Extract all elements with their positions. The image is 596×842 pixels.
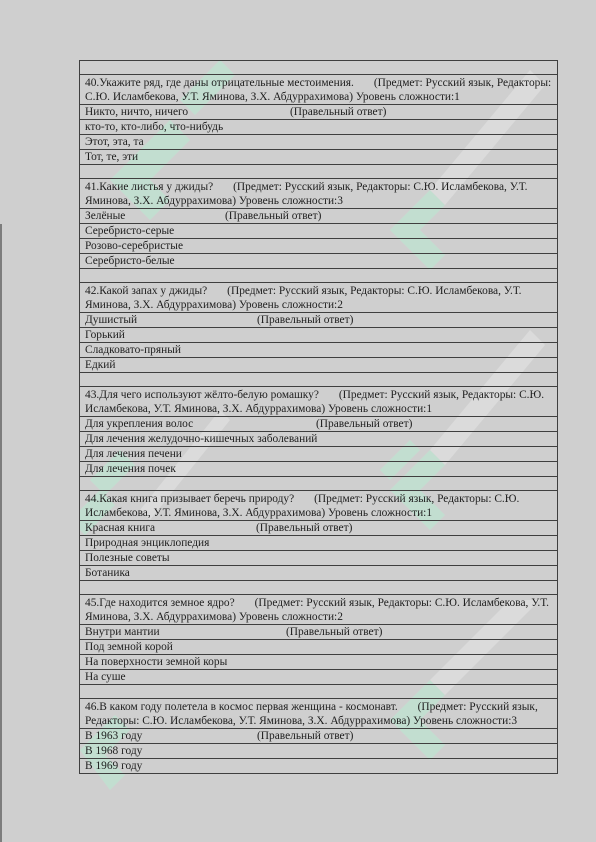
answer-row: Серебристо-белые [80,254,558,269]
spacer-row [80,685,558,699]
answer-row-correct: Внутри мантии(Правельный ответ) [80,625,558,640]
correct-answer-marker: (Правельный ответ) [225,210,321,222]
answer-text: Никто, ничто, ничего [85,105,290,119]
answer-text: Для лечения почек [85,462,176,476]
answer-row: Серебристо-серые [80,224,558,239]
spacer-row [80,165,558,179]
answer-text: Серебристо-серые [85,224,174,238]
answer-row: В 1968 году [80,744,558,759]
answer-row: Этот, эта, та [80,135,558,150]
answer-row-correct: Никто, ничто, ничего(Правельный ответ) [80,105,558,120]
answer-row-correct: Душистый(Правельный ответ) [80,313,558,328]
answer-row: Для лечения желудочно-кишечных заболеван… [80,432,558,447]
answer-text: В 1968 году [85,744,142,758]
question-heading-row: 46.В каком году полетела в космос первая… [80,699,558,729]
spacer-row [80,269,558,283]
question-heading: 46.В каком году полетела в космос первая… [80,699,558,729]
spacer-row [80,477,558,491]
answer-row: Сладковато-пряный [80,343,558,358]
answer-text: Серебристо-белые [85,254,175,268]
question-heading: 40.Укажите ряд, где даны отрицательные м… [80,75,558,105]
answer-text: Для лечения желудочно-кишечных заболеван… [85,432,317,446]
answer-text: Сладковато-пряный [85,343,181,357]
answer-row: Горький [80,328,558,343]
answer-row: Под земной корой [80,640,558,655]
answer-text: Едкий [85,358,115,372]
answer-row: Едкий [80,358,558,373]
answer-row-correct: В 1963 году(Правельный ответ) [80,729,558,744]
answer-text: Для лечения печени [85,447,182,461]
answer-row: Природная энциклопедия [80,536,558,551]
answer-text: Внутри мантии [85,625,286,639]
answer-row: Ботаника [80,566,558,581]
answer-text: Природная энциклопедия [85,536,209,550]
question-heading-row: 41.Какие листья у джиды? (Предмет: Русск… [80,179,558,209]
spacer-row [80,61,558,75]
answer-row: Для лечения почек [80,462,558,477]
answer-row: Тот, те, эти [80,150,558,165]
answer-row-correct: Красная книга(Правельный ответ) [80,521,558,536]
answer-row: В 1969 году [80,759,558,774]
question-heading-row: 40.Укажите ряд, где даны отрицательные м… [80,75,558,105]
answer-row-correct: Для укрепления волос(Правельный ответ) [80,417,558,432]
page-edge-line [0,224,2,842]
correct-answer-marker: (Правельный ответ) [256,522,352,534]
answer-text: Этот, эта, та [85,135,144,149]
answer-text: Под земной корой [85,640,173,654]
answer-text: Горький [85,328,125,342]
correct-answer-marker: (Правельный ответ) [257,314,353,326]
answer-row: Для лечения печени [80,447,558,462]
questions-table: 40.Укажите ряд, где даны отрицательные м… [79,60,558,774]
correct-answer-marker: (Правельный ответ) [257,730,353,742]
answer-text: Для укрепления волос [85,417,316,431]
question-heading: 43.Для чего используют жёлто-белую ромаш… [80,387,558,417]
correct-answer-marker: (Правельный ответ) [286,626,382,638]
question-heading: 42.Какой запах у джиды? (Предмет: Русски… [80,283,558,313]
answer-row-correct: Зелёные(Правельный ответ) [80,209,558,224]
question-heading-row: 43.Для чего используют жёлто-белую ромаш… [80,387,558,417]
answer-text: Зелёные [85,209,225,223]
answer-text: На поверхности земной коры [85,655,227,669]
answer-text: Розово-серебристые [85,239,183,253]
answer-text: кто-то, кто-либо, что-нибудь [85,120,223,134]
answer-text: В 1963 году [85,729,257,743]
question-heading: 44.Какая книга призывает беречь природу?… [80,491,558,521]
answer-row: На поверхности земной коры [80,655,558,670]
correct-answer-marker: (Правельный ответ) [290,106,386,118]
answer-text: Красная книга [85,521,256,535]
answer-row: кто-то, кто-либо, что-нибудь [80,120,558,135]
correct-answer-marker: (Правельный ответ) [316,418,412,430]
answer-text: В 1969 году [85,759,142,773]
answer-text: Ботаника [85,566,130,580]
answer-text: На суше [85,670,126,684]
answer-row: На суше [80,670,558,685]
answer-text: Полезные советы [85,551,170,565]
question-heading-row: 45.Где находится земное ядро? (Предмет: … [80,595,558,625]
spacer-row [80,373,558,387]
question-heading-row: 44.Какая книга призывает беречь природу?… [80,491,558,521]
question-heading: 41.Какие листья у джиды? (Предмет: Русск… [80,179,558,209]
answer-text: Тот, те, эти [85,150,138,164]
answer-row: Розово-серебристые [80,239,558,254]
question-heading-row: 42.Какой запах у джиды? (Предмет: Русски… [80,283,558,313]
answer-row: Полезные советы [80,551,558,566]
spacer-row [80,581,558,595]
question-heading: 45.Где находится земное ядро? (Предмет: … [80,595,558,625]
answer-text: Душистый [85,313,257,327]
